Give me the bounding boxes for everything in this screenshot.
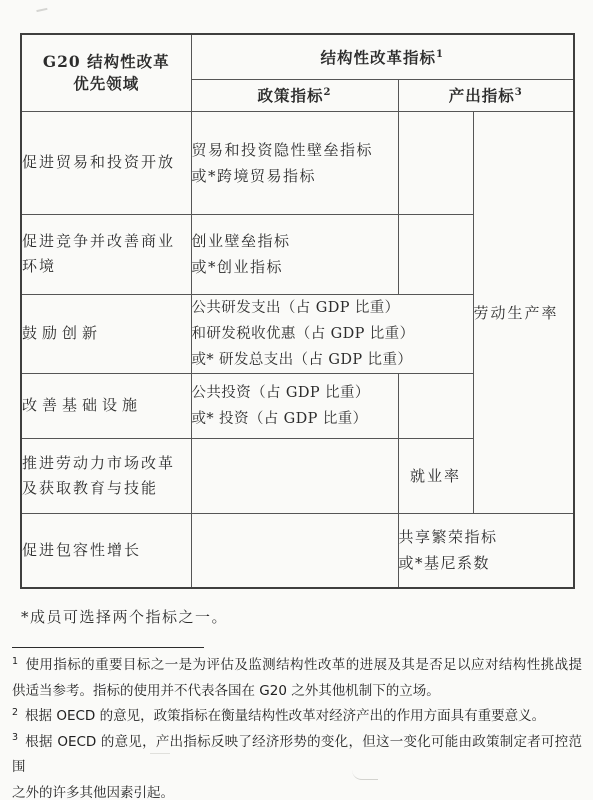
empty-cell [398, 111, 473, 214]
cell-line: 鼓励创新 [22, 321, 191, 346]
footnote-marker: 1 [12, 656, 18, 667]
cell-line: 贸易和投资隐性壁垒指标 [192, 137, 398, 163]
header-indicators-title: 结构性改革指标1 [191, 34, 574, 79]
footnote-ref-1-icon: 1 [436, 49, 444, 60]
footnote-marker: 3 [12, 732, 18, 743]
footnote-line: 2根据 OECD 的意见，政策指标在衡量结构性改革对经济产出的作用方面具有重要意… [12, 704, 582, 730]
footnote-text: 之外的许多其他因素引起。 [12, 785, 174, 800]
cell-line: 改善基础设施 [22, 393, 191, 418]
footnotes-block: 1使用指标的重要目标之一是为评估及监测结构性改革的进展及其是否足以应对结构性挑战… [12, 653, 582, 800]
header-policy-indicator-text: 政策指标 [258, 86, 324, 105]
cell-line: 或* 研发总支出（占 GDP 比重） [192, 347, 473, 373]
cell-line: 促进贸易和投资开放 [22, 150, 191, 175]
footnote-2: 2根据 OECD 的意见，政策指标在衡量结构性改革对经济产出的作用方面具有重要意… [12, 704, 582, 730]
footnote-line: 之外的许多其他因素引起。 [12, 781, 582, 800]
scan-artifact [35, 4, 47, 12]
table-row: 促进包容性增长 共享繁荣指标 或*基尼系数 [21, 513, 574, 588]
footnote-text: 根据 OECD 的意见，产出指标反映了经济形势的变化，但这一变化可能由政策制定者… [12, 734, 582, 776]
cell-output-employment-rate: 就业率 [398, 438, 473, 513]
footnote-marker: 2 [12, 707, 18, 718]
footnote-separator [12, 647, 204, 648]
cell-area-competition: 促进竞争并改善商业 环境 [21, 214, 191, 294]
cell-line: 及获取教育与技能 [22, 476, 191, 501]
cell-line: 促进竞争并改善商业 [22, 229, 191, 254]
cell-line: 和研发税收优惠（占 GDP 比重） [192, 321, 473, 347]
cell-line: 就业率 [399, 465, 473, 486]
footnote-ref-3-icon: 3 [515, 87, 523, 98]
structural-reform-indicators-table: G20 结构性改革 优先领域 结构性改革指标1 政策指标2 产出指标3 促进贸易… [20, 33, 575, 589]
empty-policy-cell [191, 438, 398, 513]
cell-line: 劳动生产率 [474, 302, 574, 323]
cell-area-inclusive-growth: 促进包容性增长 [21, 513, 191, 588]
empty-cell [398, 373, 473, 438]
cell-line: 推进劳动力市场改革 [22, 451, 191, 476]
empty-cell [398, 214, 473, 294]
cell-area-innovation: 鼓励创新 [21, 294, 191, 373]
cell-policy-investment: 公共投资（占 GDP 比重） 或* 投资（占 GDP 比重） [191, 373, 398, 438]
cell-output-labor-productivity: 劳动生产率 [473, 111, 574, 513]
cell-area-infrastructure: 改善基础设施 [21, 373, 191, 438]
footnote-line: 供适当参考。指标的使用并不代表各国在 G20 之外其他机制下的立场。 [12, 679, 582, 705]
cell-policy-rnd: 公共研发支出（占 GDP 比重） 和研发税收优惠（占 GDP 比重） 或* 研发… [191, 294, 473, 373]
cell-line: 或*创业指标 [192, 254, 398, 280]
footnote-3: 3根据 OECD 的意见，产出指标反映了经济形势的变化，但这一变化可能由政策制定… [12, 730, 582, 800]
header-indicators-title-text: 结构性改革指标 [321, 48, 437, 67]
header-policy-indicator: 政策指标2 [191, 79, 398, 111]
cell-line: 创业壁垒指标 [192, 228, 398, 254]
header-priority-area-line1: G20 结构性改革 [22, 51, 191, 73]
cell-output-shared-prosperity: 共享繁荣指标 或*基尼系数 [398, 513, 574, 588]
cell-line: 或* 投资（占 GDP 比重） [192, 406, 398, 432]
header-priority-area: G20 结构性改革 优先领域 [21, 34, 191, 111]
header-output-indicator-text: 产出指标 [449, 86, 515, 105]
cell-policy-entrepreneurship: 创业壁垒指标 或*创业指标 [191, 214, 398, 294]
cell-policy-trade: 贸易和投资隐性壁垒指标 或*跨境贸易指标 [191, 111, 398, 214]
footnote-ref-2-icon: 2 [324, 87, 332, 98]
footnote-1: 1使用指标的重要目标之一是为评估及监测结构性改革的进展及其是否足以应对结构性挑战… [12, 653, 582, 704]
footnote-line: 3根据 OECD 的意见，产出指标反映了经济形势的变化，但这一变化可能由政策制定… [12, 730, 582, 781]
cell-line: 公共投资（占 GDP 比重） [192, 380, 398, 406]
scanned-document-page: G20 结构性改革 优先领域 结构性改革指标1 政策指标2 产出指标3 促进贸易… [0, 0, 593, 800]
header-output-indicator: 产出指标3 [398, 79, 574, 111]
cell-line: 共享繁荣指标 [399, 524, 574, 550]
cell-area-trade-openness: 促进贸易和投资开放 [21, 111, 191, 214]
footnote-text: 使用指标的重要目标之一是为评估及监测结构性改革的进展及其是否足以应对结构性挑战提 [25, 657, 582, 673]
footnote-text: 根据 OECD 的意见，政策指标在衡量结构性改革对经济产出的作用方面具有重要意义… [25, 708, 545, 724]
footnote-text: 供适当参考。指标的使用并不代表各国在 G20 之外其他机制下的立场。 [12, 683, 440, 699]
table-row: 促进贸易和投资开放 贸易和投资隐性壁垒指标 或*跨境贸易指标 劳动生产率 [21, 111, 574, 214]
cell-area-labor-market: 推进劳动力市场改革 及获取教育与技能 [21, 438, 191, 513]
cell-line: 促进包容性增长 [22, 538, 191, 563]
cell-line: 或*基尼系数 [399, 550, 574, 576]
cell-line: 或*跨境贸易指标 [192, 163, 398, 189]
footnote-line: 1使用指标的重要目标之一是为评估及监测结构性改革的进展及其是否足以应对结构性挑战… [12, 653, 582, 679]
empty-policy-cell [191, 513, 398, 588]
cell-line: 环境 [22, 254, 191, 279]
header-priority-area-line2: 优先领域 [22, 73, 191, 95]
asterisk-note: *成员可选择两个指标之一。 [21, 606, 228, 627]
cell-line: 公共研发支出（占 GDP 比重） [192, 295, 473, 321]
